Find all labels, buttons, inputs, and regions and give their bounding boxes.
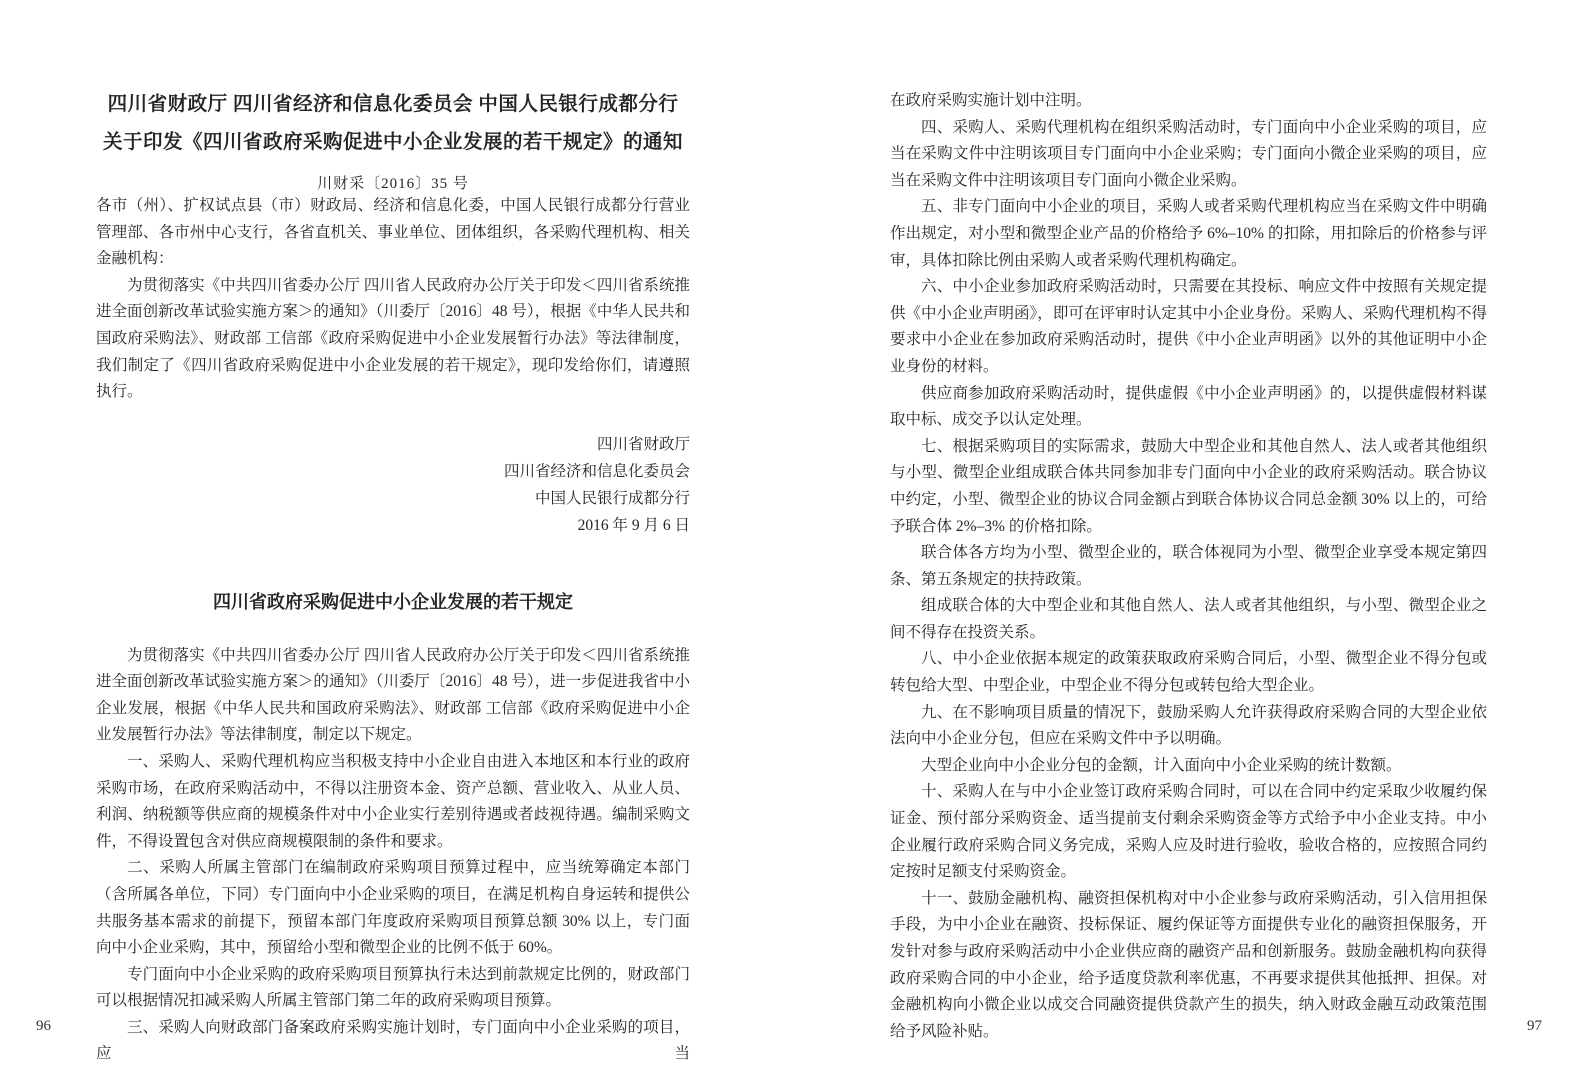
regulation-body-continued: 在政府采购实施计划中注明。 四、采购人、采购代理机构在组织采购活动时，专门面向中… [890,0,1487,1045]
regulation-title: 四川省政府采购促进中小企业发展的若干规定 [96,589,690,616]
signature-org-3: 中国人民银行成都分行 [96,485,690,512]
page-left: 四川省财政厅 四川省经济和信息化委员会 中国人民银行成都分行 关于印发《四川省政… [96,0,690,1068]
regulation-paragraph: 一、采购人、采购代理机构应当积极支持中小企业自由进入本地区和本行业的政府采购市场… [96,749,690,855]
regulation-paragraph: 二、采购人所属主管部门在编制政府采购项目预算过程中，应当统筹确定本部门（含所属各… [96,855,690,961]
notice-paragraph: 为贯彻落实《中共四川省委办公厅 四川省人民政府办公厅关于印发＜四川省系统推进全面… [96,273,690,406]
signature-org-1: 四川省财政厅 [96,431,690,458]
regulation-paragraph: 在政府采购实施计划中注明。 [890,88,1487,115]
regulation-paragraph: 九、在不影响项目质量的情况下，鼓励采购人允许获得政府采购合同的大型企业依法向中小… [890,700,1487,753]
page-number-right: 97 [1527,1018,1542,1035]
regulation-paragraph: 大型企业向中小企业分包的金额，计入面向中小企业采购的统计数额。 [890,753,1487,780]
regulation-paragraph: 组成联合体的大中型企业和其他自然人、法人或者其他组织，与小型、微型企业之间不得存… [890,593,1487,646]
signature-date: 2016 年 9 月 6 日 [96,512,690,539]
regulation-paragraph: 联合体各方均为小型、微型企业的，联合体视同为小型、微型企业享受本规定第四条、第五… [890,540,1487,593]
salutation: 各市（州）、扩权试点县（市）财政局、经济和信息化委，中国人民银行成都分行营业管理… [96,193,690,273]
regulation-paragraph: 三、采购人向财政部门备案政府采购实施计划时，专门面向中小企业采购的项目，应当 [96,1015,690,1068]
regulation-paragraph: 为贯彻落实《中共四川省委办公厅 四川省人民政府办公厅关于印发＜四川省系统推进全面… [96,643,690,749]
regulation-paragraph: 专门面向中小企业采购的政府采购项目预算执行未达到前款规定比例的，财政部门可以根据… [96,962,690,1015]
page-right: 在政府采购实施计划中注明。 四、采购人、采购代理机构在组织采购活动时，专门面向中… [890,0,1487,1045]
regulation-paragraph: 六、中小企业参加政府采购活动时，只需要在其投标、响应文件中按照有关规定提供《中小… [890,274,1487,380]
signature-org-2: 四川省经济和信息化委员会 [96,458,690,485]
book-spread: 四川省财政厅 四川省经济和信息化委员会 中国人民银行成都分行 关于印发《四川省政… [0,0,1587,1077]
regulation-paragraph: 十、采购人在与中小企业签订政府采购合同时，可以在合同中约定采取少收履约保证金、预… [890,779,1487,885]
regulation-paragraph: 五、非专门面向中小企业的项目，采购人或者采购代理机构应当在采购文件中明确作出规定… [890,194,1487,274]
signature-block: 四川省财政厅 四川省经济和信息化委员会 中国人民银行成都分行 2016 年 9 … [96,431,690,540]
notice-body: 各市（州）、扩权试点县（市）财政局、经济和信息化委，中国人民银行成都分行营业管理… [96,193,690,406]
regulation-paragraph: 供应商参加政府采购活动时，提供虚假《中小企业声明函》的，以提供虚假材料谋取中标、… [890,381,1487,434]
regulation-body: 为贯彻落实《中共四川省委办公厅 四川省人民政府办公厅关于印发＜四川省系统推进全面… [96,643,690,1069]
regulation-paragraph: 四、采购人、采购代理机构在组织采购活动时，专门面向中小企业采购的项目，应当在采购… [890,115,1487,195]
document-number: 川财采〔2016〕35 号 [96,172,690,193]
regulation-paragraph: 七、根据采购项目的实际需求，鼓励大中型企业和其他自然人、法人或者其他组织与小型、… [890,434,1487,540]
regulation-paragraph: 十一、鼓励金融机构、融资担保机构对中小企业参与政府采购活动，引入信用担保手段，为… [890,886,1487,1046]
document-title-line2: 关于印发《四川省政府采购促进中小企业发展的若干规定》的通知 [96,124,690,162]
document-title-line1: 四川省财政厅 四川省经济和信息化委员会 中国人民银行成都分行 [96,86,690,124]
regulation-paragraph: 八、中小企业依据本规定的政策获取政府采购合同后，小型、微型企业不得分包或转包给大… [890,646,1487,699]
document-title: 四川省财政厅 四川省经济和信息化委员会 中国人民银行成都分行 关于印发《四川省政… [96,86,690,162]
page-number-left: 96 [36,1018,51,1035]
